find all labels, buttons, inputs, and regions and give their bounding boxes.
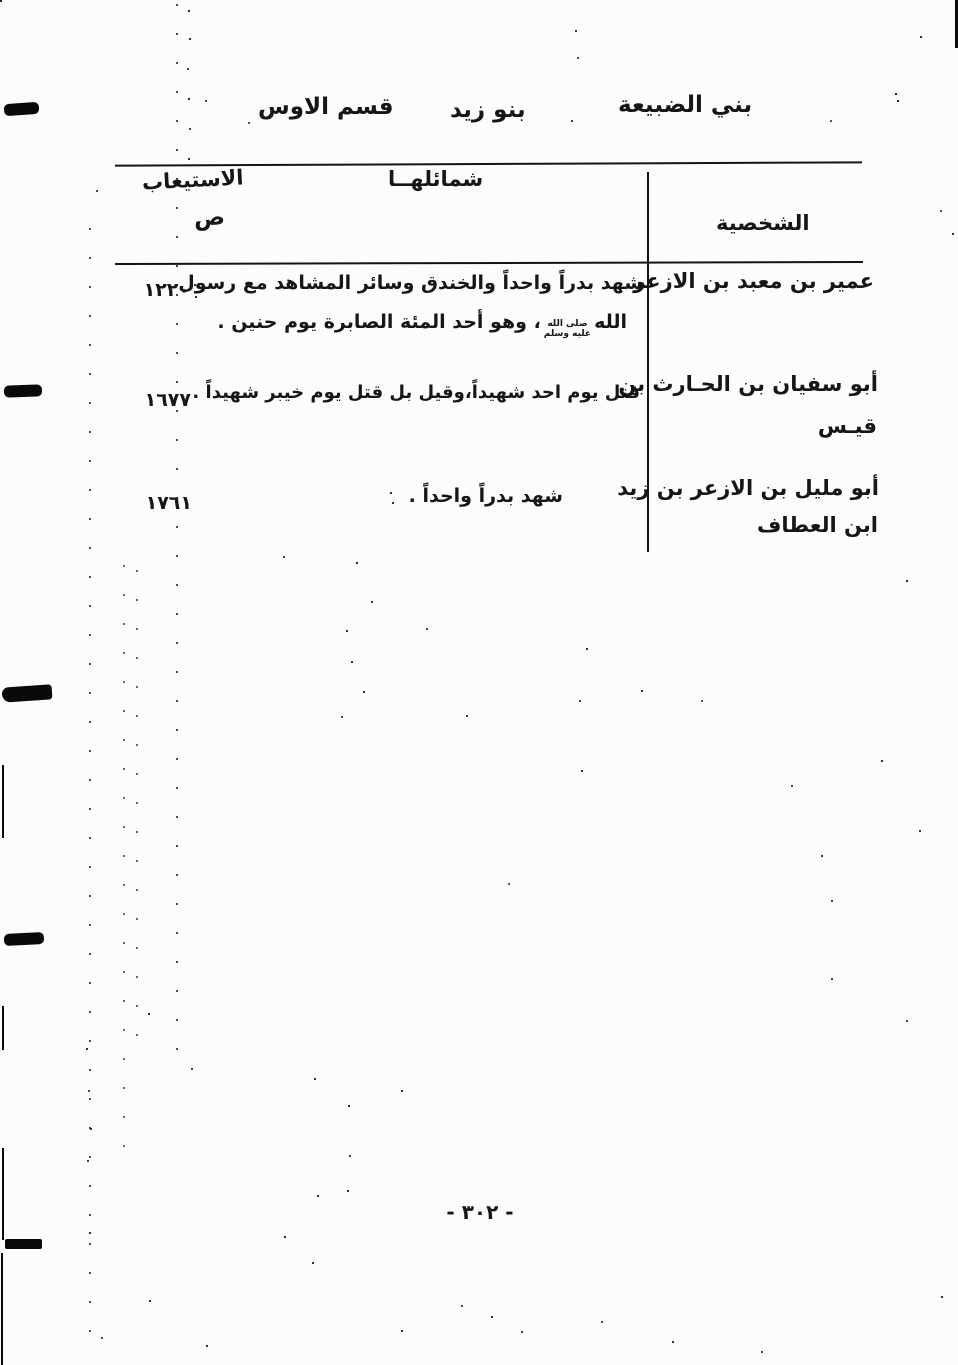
ink-mark [4,932,45,946]
header-section-middle: بنو زيد [450,97,526,123]
table-row-name: عمير بن معبد بن الازعر [633,269,874,293]
table-row-name-line2: ابن العطاف [757,513,878,537]
header-section-right: بني الضبيعة [618,92,752,118]
scan-speck-column [176,4,178,1059]
scanned-book-page: { "header": { "right_title": "بني الضبيع… [0,0,958,1365]
table-row-reference-number: ١٢٢٠ [144,279,190,301]
salla-ligature: صلى اللهعليه وسلم [544,319,591,340]
page-number: - ٣٠٢ - [424,1200,536,1224]
ink-mark [4,102,40,116]
scan-edge-line [2,1006,4,1050]
header-section-left: قسم الاوس [258,94,394,120]
ink-mark [4,384,42,397]
scan-edge-line [1,1253,3,1365]
table-row-biography-line1: شهد بدراً واحداً والخندق وسائر المشاهد م… [178,272,643,294]
column-header-page-abbrev: ص [194,204,226,231]
table-header-rule [115,261,863,265]
scan-speck-column [89,228,91,1348]
table-row-reference-number: ١٦٧٧ [145,389,191,411]
ink-mark [2,684,53,702]
table-row-name-line2: قيـس [818,414,877,438]
ink-mark [5,1239,42,1249]
scan-edge-line [2,765,4,838]
table-row-biography-line1: شهد بدراً واحداً . [409,485,563,507]
column-header-reference: الاستيعاب [141,165,244,194]
column-header-person: الشخصية [716,211,810,235]
table-row-name: أبو مليل بن الازعر بن زيد [617,476,879,500]
scan-speck-column [136,570,138,1040]
table-row-reference-number: ١٧٦١ [146,492,192,514]
scan-speck-column [123,565,125,1165]
scan-edge-line [2,1148,4,1240]
table-row-name: أبو سفيان بن الحـارث بن [618,372,878,396]
table-row-biography-line1: قتل يوم احد شهيداً،وقيل بل قتل يوم خيبر … [192,382,640,403]
scan-noise [0,0,2,2]
table-row-biography-line2: اللهصلى اللهعليه وسلم، وهو أحد المئة الص… [217,311,627,339]
column-header-qualities: شمائلهــا [388,167,483,191]
